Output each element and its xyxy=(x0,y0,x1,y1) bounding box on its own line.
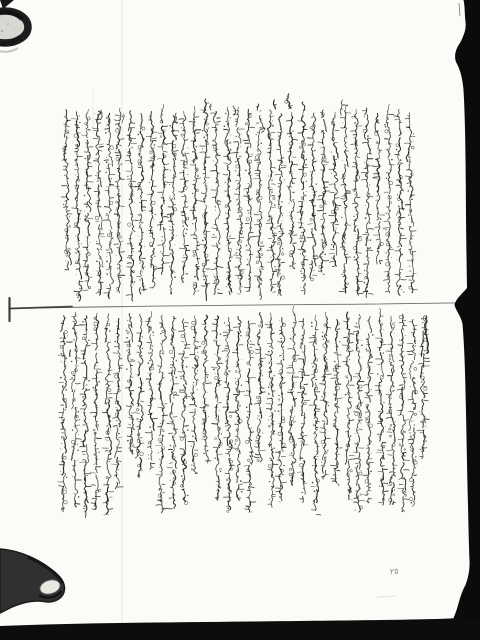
upper-text-block xyxy=(61,103,417,302)
annotation-marks-layer xyxy=(59,94,428,357)
lower-text-block xyxy=(57,306,430,517)
page-number-mark: ٢٥ xyxy=(390,568,399,577)
handwriting-layer xyxy=(0,0,480,640)
scanned-manuscript-page: ٢٥ xyxy=(0,0,480,640)
